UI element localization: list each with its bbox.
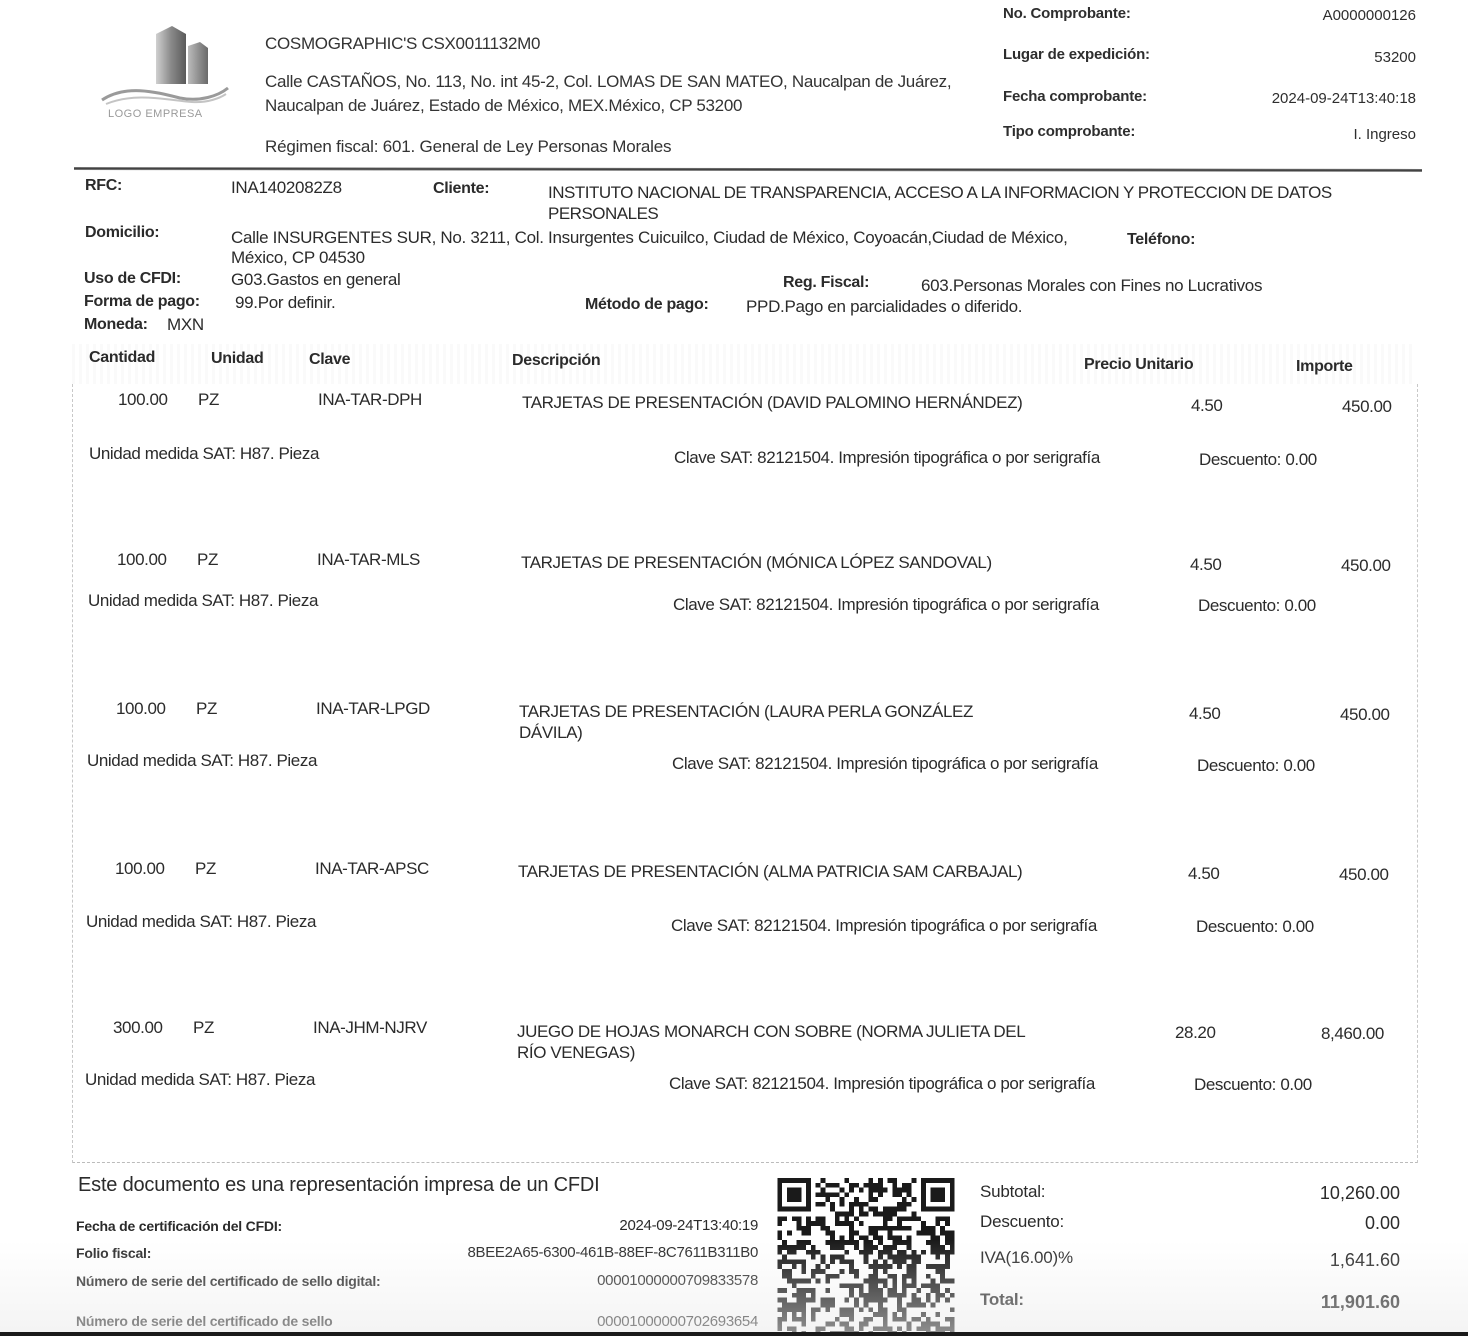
fecha-comprobante-label: Fecha comprobante: [1003,88,1147,105]
fecha-certificacion-label: Fecha de certificación del CFDI: [76,1217,386,1235]
unidad-sat: Unidad medida SAT: H87. Pieza [88,591,318,611]
clave: INA-TAR-LPGD [316,699,430,719]
clave-sat: Clave SAT: 82121504. Impresión tipográfi… [672,753,1112,774]
header-divider [74,167,1422,172]
clave: INA-TAR-MLS [317,550,420,570]
total-value: 11,901.60 [1321,1292,1400,1313]
importe: 450.00 [1340,705,1390,725]
tipo-comprobante-value: I. Ingreso [1353,126,1416,143]
subtotal-label: Subtotal: [980,1182,1045,1202]
issuer-name: COSMOGRAPHIC'S CSX0011132M0 [265,34,540,54]
unidad-sat: Unidad medida SAT: H87. Pieza [85,1070,315,1090]
qr-code-icon [776,1178,956,1336]
col-cantidad: Cantidad [89,349,155,367]
precio-unitario: 4.50 [1190,555,1222,575]
folio-fiscal-value: 8BEE2A65-6300-461B-88EF-8C7611B311B0 [467,1244,758,1261]
rfc-value: INA1402082Z8 [231,178,342,198]
company-logo: LOGO EMPRESA [96,22,232,126]
issuer-regimen-fiscal: Régimen fiscal: 601. General de Ley Pers… [265,137,671,157]
unidad-sat: Unidad medida SAT: H87. Pieza [87,751,317,771]
col-importe: Importe [1296,358,1353,376]
col-precio-unitario: Precio Unitario [1084,356,1193,374]
col-unidad: Unidad [211,350,263,368]
descuento: Descuento: 0.00 [1198,596,1316,616]
total-label: Total: [980,1290,1024,1310]
descripcion: TARJETAS DE PRESENTACIÓN (ALMA PATRICIA … [518,861,1038,882]
col-descripcion: Descripción [512,352,600,370]
unidad: PZ [195,859,216,879]
issuer-address: Calle CASTAÑOS, No. 113, No. int 45-2, C… [265,70,955,118]
descuento: Descuento: 0.00 [1194,1075,1312,1095]
metodo-pago-value: PPD.Pago en parcialidades o diferido. [746,297,1022,317]
clave: INA-TAR-APSC [315,859,429,879]
table-row: 100.00 PZ INA-TAR-APSC TARJETAS DE PRESE… [0,859,1468,1009]
tipo-comprobante-label: Tipo comprobante: [1003,123,1135,140]
descuento: Descuento: 0.00 [1196,917,1314,937]
descuento: Descuento: 0.00 [1197,756,1315,776]
descripcion: JUEGO DE HOJAS MONARCH CON SOBRE (NORMA … [517,1021,1037,1063]
unidad: PZ [196,699,217,719]
clave-sat: Clave SAT: 82121504. Impresión tipográfi… [673,594,1113,615]
subtotal-value: 10,260.00 [1320,1183,1400,1204]
precio-unitario: 4.50 [1188,864,1220,884]
cliente-label: Cliente: [433,180,489,198]
cantidad: 100.00 [115,859,165,879]
descripcion: TARJETAS DE PRESENTACIÓN (DAVID PALOMINO… [522,392,1042,413]
iva-value: 1,641.60 [1330,1250,1400,1271]
table-row: 300.00 PZ INA-JHM-NJRV JUEGO DE HOJAS MO… [0,1018,1468,1168]
domicilio-value: Calle INSURGENTES SUR, No. 3211, Col. In… [231,228,1111,268]
lugar-expedicion-label: Lugar de expedición: [1003,46,1150,63]
fecha-certificacion-value: 2024-09-24T13:40:19 [619,1217,758,1234]
descripcion: TARJETAS DE PRESENTACIÓN (LAURA PERLA GO… [519,701,1039,743]
unidad: PZ [197,550,218,570]
serie-certificado-sat-label: Número de serie del certificado de sello [76,1312,386,1330]
uso-cfdi-label: Uso de CFDI: [84,270,181,288]
serie-certificado-emisor-value: 00001000000709833578 [597,1272,758,1289]
reg-fiscal-label: Reg. Fiscal: [783,274,869,292]
cantidad: 300.00 [113,1018,163,1038]
descuento: Descuento: 0.00 [1199,450,1317,470]
descuento-total-value: 0.00 [1365,1213,1400,1234]
page-bottom-edge [0,1332,1468,1336]
precio-unitario: 28.20 [1175,1023,1216,1043]
fecha-comprobante-value: 2024-09-24T13:40:18 [1272,90,1416,107]
precio-unitario: 4.50 [1189,704,1221,724]
serie-certificado-emisor-label: Número de serie del certificado de sello… [76,1272,386,1290]
moneda-label: Moneda: [84,316,148,334]
rfc-label: RFC: [85,177,122,195]
cantidad: 100.00 [117,550,167,570]
descuento-total-label: Descuento: [980,1212,1064,1232]
reg-fiscal-value: 603.Personas Morales con Fines no Lucrat… [921,276,1262,296]
precio-unitario: 4.50 [1191,396,1223,416]
uso-cfdi-value: G03.Gastos en general [231,270,400,290]
clave-sat: Clave SAT: 82121504. Impresión tipográfi… [674,447,1114,468]
forma-pago-value: 99.Por definir. [235,293,335,313]
moneda-value: MXN [167,315,204,335]
importe: 450.00 [1339,865,1389,885]
telefono-label: Teléfono: [1127,231,1195,249]
lugar-expedicion-value: 53200 [1374,49,1416,66]
building-logo-icon [96,22,232,112]
table-header-band [72,344,1416,384]
folio-fiscal-label: Folio fiscal: [76,1244,386,1262]
importe: 450.00 [1341,556,1391,576]
domicilio-label: Domicilio: [85,224,159,242]
no-comprobante-label: No. Comprobante: [1003,5,1131,22]
clave-sat: Clave SAT: 82121504. Impresión tipográfi… [671,915,1111,936]
iva-label: IVA(16.00)% [980,1248,1073,1268]
unidad: PZ [198,390,219,410]
unidad: PZ [193,1018,214,1038]
forma-pago-label: Forma de pago: [84,293,200,311]
unidad-sat: Unidad medida SAT: H87. Pieza [86,912,316,932]
metodo-pago-label: Método de pago: [585,296,709,314]
clave-sat: Clave SAT: 82121504. Impresión tipográfi… [669,1073,1109,1094]
importe: 8,460.00 [1321,1024,1384,1044]
descripcion: TARJETAS DE PRESENTACIÓN (MÓNICA LÓPEZ S… [521,552,1141,573]
clave: INA-JHM-NJRV [313,1018,427,1038]
table-row: 100.00 PZ INA-TAR-DPH TARJETAS DE PRESEN… [0,390,1468,540]
logo-caption: LOGO EMPRESA [108,108,203,120]
cantidad: 100.00 [116,699,166,719]
cfdi-note: Este documento es una representación imp… [78,1174,600,1197]
serie-certificado-sat-value: 00001000000702693654 [597,1313,758,1330]
unidad-sat: Unidad medida SAT: H87. Pieza [89,444,319,464]
cantidad: 100.00 [118,390,168,410]
cliente-value: INSTITUTO NACIONAL DE TRANSPARENCIA, ACC… [548,182,1418,224]
no-comprobante-value: A0000000126 [1323,7,1416,24]
clave: INA-TAR-DPH [318,390,422,410]
importe: 450.00 [1342,397,1392,417]
col-clave: Clave [309,351,350,369]
table-row: 100.00 PZ INA-TAR-LPGD TARJETAS DE PRESE… [0,699,1468,849]
table-row: 100.00 PZ INA-TAR-MLS TARJETAS DE PRESEN… [0,550,1468,700]
